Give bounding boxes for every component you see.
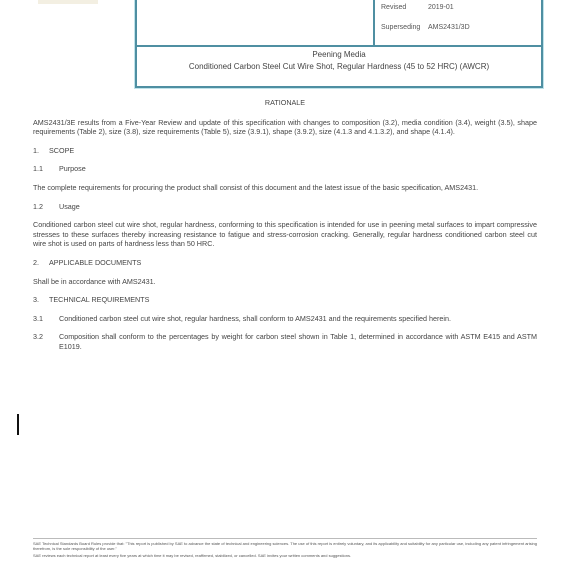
footer-divider [33,538,537,539]
section-3-heading: 3.TECHNICAL REQUIREMENTS [33,295,537,305]
revision-change-bar [17,414,19,435]
document-header: Revised2019-01 SupersedingAMS2431/3D Pee… [135,0,543,88]
revised-value: 2019-01 [428,4,454,11]
logo [38,0,98,4]
revised-label: Revised [381,4,428,11]
rationale-text: AMS2431/3E results from a Five-Year Revi… [33,118,537,137]
footer-notice-2: SAE reviews each technical report at lea… [33,553,537,558]
revised-row: Revised2019-01 [381,4,454,11]
footer-notice-1: SAE Technical Standards Board Rules prov… [33,541,537,551]
document-title: Peening Media Conditioned Carbon Steel C… [137,49,541,73]
section-1-1-heading: 1.1Purpose [33,164,537,174]
superseding-row: SupersedingAMS2431/3D [381,24,470,31]
section-2-text: Shall be in accordance with AMS2431. [33,277,537,287]
header-left-cell [137,0,375,45]
section-1-1-text: The complete requirements for procuring … [33,183,537,193]
section-3-1: 3.1Conditioned carbon steel cut wire sho… [33,314,537,324]
superseding-label: Superseding [381,24,428,31]
section-1-heading: 1.SCOPE [33,146,537,156]
section-1-2-heading: 1.2Usage [33,202,537,212]
header-top: Revised2019-01 SupersedingAMS2431/3D [137,0,541,47]
document-body: RATIONALE AMS2431/3E results from a Five… [33,98,537,352]
section-3-2: 3.2Composition shall conform to the perc… [33,332,537,351]
header-revision-info: Revised2019-01 SupersedingAMS2431/3D [375,0,541,45]
superseding-value: AMS2431/3D [428,24,470,31]
rationale-heading: RATIONALE [33,98,537,108]
section-1-2-text: Conditioned carbon steel cut wire shot, … [33,220,537,249]
section-2-heading: 2.APPLICABLE DOCUMENTS [33,258,537,268]
title-line-1: Peening Media [137,49,541,61]
footer-notice: SAE Technical Standards Board Rules prov… [33,541,537,560]
title-line-2: Conditioned Carbon Steel Cut Wire Shot, … [137,61,541,73]
